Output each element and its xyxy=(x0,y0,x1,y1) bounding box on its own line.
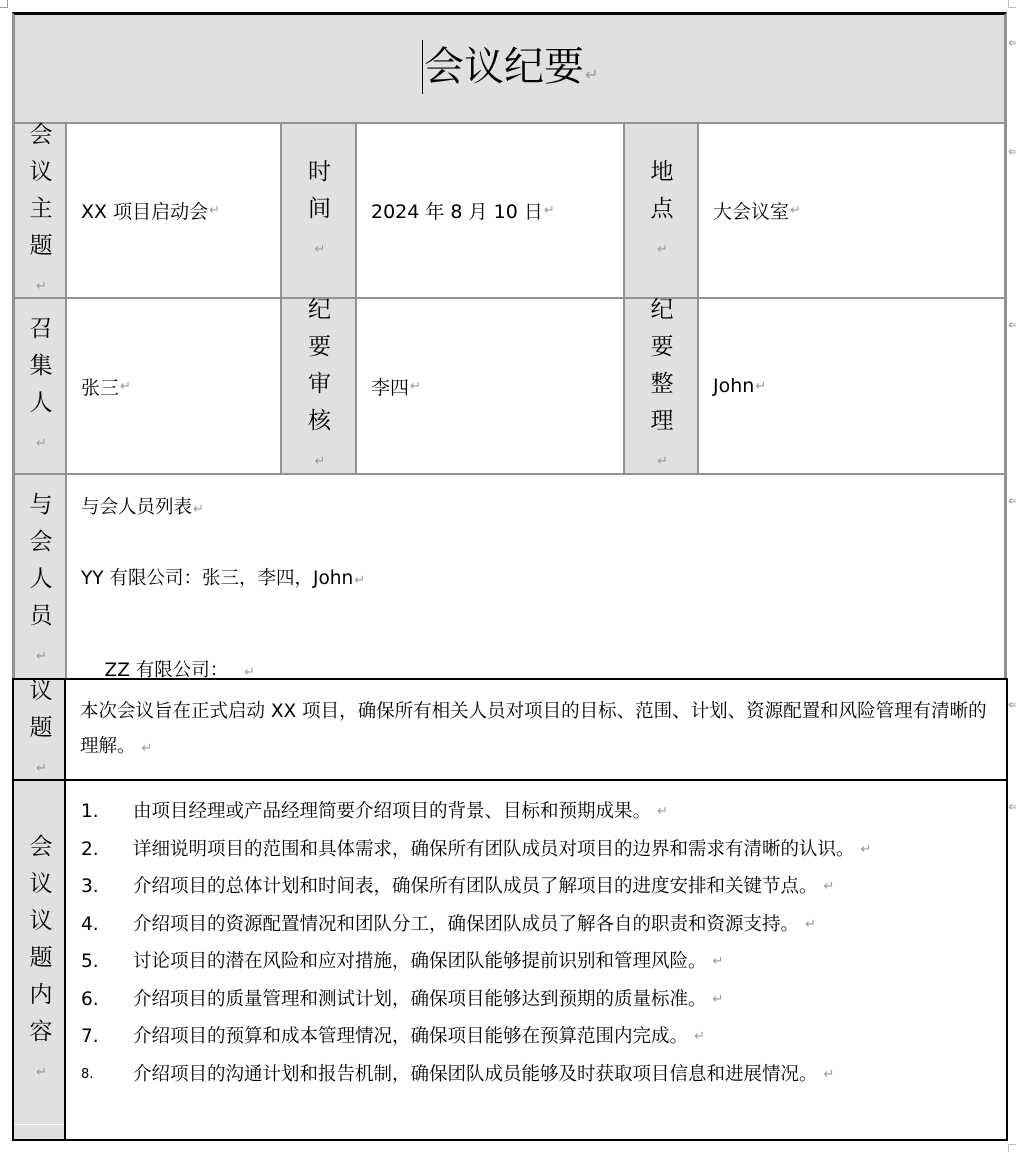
page-title: 会议纪要↵ xyxy=(424,40,598,102)
reviewer-value: 李四 xyxy=(371,373,409,400)
convener-value-cell[interactable]: 张三↵ xyxy=(65,297,282,475)
paragraph-mark-icon: ↵ xyxy=(861,831,872,869)
list-item: 7.介绍项目的预算和成本管理情况，确保项目能够在预算范围内完成。↵ xyxy=(66,1018,871,1056)
paragraph-mark-icon: ↵ xyxy=(544,203,555,218)
paragraph-mark-icon: ↵ xyxy=(142,741,153,756)
row-end-mark-icon: ⇐ xyxy=(1008,36,1016,51)
paragraph-mark-icon: ↵ xyxy=(824,1056,835,1094)
paragraph-mark-icon: ↵ xyxy=(36,1065,47,1080)
topic-label-cell: 会议主题↵ xyxy=(12,122,67,299)
reviewer-label-cell: 纪要审核↵ xyxy=(280,297,357,475)
list-item-number: 4. xyxy=(66,906,133,944)
list-item-number: 8. xyxy=(66,1056,133,1094)
row-end-mark-icon: ⇐ xyxy=(1008,318,1016,333)
paragraph-mark-icon: ↵ xyxy=(36,279,47,294)
recorder-label: 纪要整理 xyxy=(651,297,674,434)
topic-value: XX 项目启动会 xyxy=(81,197,208,224)
attendees-list-heading: 与会人员列表 xyxy=(81,497,192,518)
list-item: 6.介绍项目的质量管理和测试计划，确保项目能够达到预期的质量标准。↵ xyxy=(66,981,871,1019)
attendees-label: 与会人员 xyxy=(30,492,53,629)
attendees-label-cell: 与会人员↵ xyxy=(12,473,67,680)
row-end-mark-icon: ⇐ xyxy=(1008,698,1016,713)
list-item: 8.介绍项目的沟通计划和报告机制，确保团队成员能够及时获取项目信息和进展情况。↵ xyxy=(66,1056,871,1094)
paragraph-mark-icon: ↵ xyxy=(209,203,220,218)
row-end-mark-icon: ⇐ xyxy=(1008,494,1016,509)
place-value-cell[interactable]: 大会议室↵ xyxy=(697,122,1007,299)
row-end-mark-icon: ⇐ xyxy=(1008,800,1016,815)
recorder-value-cell[interactable]: John↵ xyxy=(697,297,1007,475)
list-item: 4.介绍项目的资源配置情况和团队分工，确保团队成员了解各自的职责和资源支持。↵ xyxy=(66,906,871,944)
paragraph-mark-icon: ↵ xyxy=(120,379,131,394)
page-corner-mark xyxy=(1008,1144,1016,1152)
paragraph-mark-icon: ↵ xyxy=(354,573,365,588)
time-value: 2024 年 8 月 10 日 xyxy=(371,197,543,224)
attendees-company-yy: YY 有限公司：张三，李四，John xyxy=(81,568,353,589)
agenda-label-cell: 议题↵ xyxy=(12,678,66,781)
paragraph-mark-icon: ↵ xyxy=(585,65,598,84)
paragraph-mark-icon: ↵ xyxy=(790,203,801,218)
paragraph-mark-icon: ↵ xyxy=(410,379,421,394)
row-end-mark-icon: ⇐ xyxy=(1008,145,1016,160)
page-corner-mark xyxy=(1008,0,1016,8)
paragraph-mark-icon: ↵ xyxy=(805,906,816,944)
title-text: 会议纪要 xyxy=(424,44,584,90)
time-label-cell: 时间↵ xyxy=(280,122,357,299)
content-label-bottom-divider xyxy=(14,1124,64,1125)
list-item-text: 介绍项目的总体计划和时间表，确保所有团队成员了解项目的进度安排和关键节点。 xyxy=(133,868,818,906)
topic-label: 会议主题 xyxy=(30,122,53,259)
agenda-text: 本次会议旨在正式启动 XX 项目，确保所有相关人员对项目的目标、范围、计划、资源… xyxy=(80,701,987,757)
agenda-value-cell[interactable]: 本次会议旨在正式启动 XX 项目，确保所有相关人员对项目的目标、范围、计划、资源… xyxy=(64,678,1008,781)
paragraph-mark-icon: ↵ xyxy=(193,502,204,517)
paragraph-mark-icon: ↵ xyxy=(657,454,668,469)
list-item-text: 讨论项目的潜在风险和应对措施，确保团队能够提前识别和管理风险。 xyxy=(133,943,707,981)
recorder-value: John xyxy=(713,375,754,397)
content-label-cell: 会议议题内容↵ xyxy=(12,779,66,1141)
paragraph-mark-icon: ↵ xyxy=(657,793,668,831)
list-item-number: 3. xyxy=(66,868,133,906)
agenda-label: 议题 xyxy=(30,678,53,741)
list-item: 1.由项目经理或产品经理简要介绍项目的背景、目标和预期成果。↵ xyxy=(66,793,871,831)
paragraph-mark-icon: ↵ xyxy=(36,436,47,451)
list-item-text: 由项目经理或产品经理简要介绍项目的背景、目标和预期成果。 xyxy=(133,793,651,831)
list-item-number: 6. xyxy=(66,981,133,1019)
place-label: 地点 xyxy=(651,159,674,222)
list-item-text: 介绍项目的预算和成本管理情况，确保项目能够在预算范围内完成。 xyxy=(133,1018,688,1056)
recorder-label-cell: 纪要整理↵ xyxy=(623,297,699,475)
list-item-number: 7. xyxy=(66,1018,133,1056)
agenda-items-list: 1.由项目经理或产品经理简要介绍项目的背景、目标和预期成果。↵ 2.详细说明项目… xyxy=(66,793,871,1093)
list-item: 2.详细说明项目的范围和具体需求，确保所有团队成员对项目的边界和需求有清晰的认识… xyxy=(66,831,871,869)
page-corner-mark xyxy=(0,0,8,8)
attendees-value-cell[interactable]: 与会人员列表↵ YY 有限公司：张三，李四，John↵ ZZ 有限公司： ↵ xyxy=(65,473,1007,680)
list-item-number: 1. xyxy=(66,793,133,831)
reviewer-label: 纪要审核 xyxy=(308,297,331,434)
list-item-text: 介绍项目的质量管理和测试计划，确保项目能够达到预期的质量标准。 xyxy=(133,981,707,1019)
paragraph-mark-icon: ↵ xyxy=(36,649,47,664)
list-item: 5.讨论项目的潜在风险和应对措施，确保团队能够提前识别和管理风险。↵ xyxy=(66,943,871,981)
time-label: 时间 xyxy=(308,159,331,222)
list-item-number: 5. xyxy=(66,943,133,981)
convener-label-cell: 召集人↵ xyxy=(12,297,67,475)
topic-value-cell[interactable]: XX 项目启动会↵ xyxy=(65,122,282,299)
list-item-text: 介绍项目的沟通计划和报告机制，确保团队成员能够及时获取项目信息和进展情况。 xyxy=(133,1056,818,1094)
place-label-cell: 地点↵ xyxy=(623,122,699,299)
list-item-text: 介绍项目的资源配置情况和团队分工，确保团队成员了解各自的职责和资源支持。 xyxy=(133,906,799,944)
list-item: 3.介绍项目的总体计划和时间表，确保所有团队成员了解项目的进度安排和关键节点。↵ xyxy=(66,868,871,906)
reviewer-value-cell[interactable]: 李四↵ xyxy=(355,297,625,475)
paragraph-mark-icon: ↵ xyxy=(315,242,326,257)
content-value-cell[interactable]: 1.由项目经理或产品经理简要介绍项目的背景、目标和预期成果。↵ 2.详细说明项目… xyxy=(64,779,1008,1141)
paragraph-mark-icon: ↵ xyxy=(713,943,724,981)
paragraph-mark-icon: ↵ xyxy=(694,1018,705,1056)
list-item-text: 详细说明项目的范围和具体需求，确保所有团队成员对项目的边界和需求有清晰的认识。 xyxy=(133,831,855,869)
place-value: 大会议室 xyxy=(713,197,789,224)
time-value-cell[interactable]: 2024 年 8 月 10 日↵ xyxy=(355,122,625,299)
text-cursor xyxy=(422,40,423,94)
list-item-number: 2. xyxy=(66,831,133,869)
paragraph-mark-icon: ↵ xyxy=(657,242,668,257)
convener-label: 召集人 xyxy=(30,316,53,416)
content-label: 会议议题内容 xyxy=(30,834,53,1045)
paragraph-mark-icon: ↵ xyxy=(755,379,766,394)
paragraph-mark-icon: ↵ xyxy=(36,761,47,776)
paragraph-mark-icon: ↵ xyxy=(713,981,724,1019)
paragraph-mark-icon: ↵ xyxy=(824,868,835,906)
convener-value: 张三 xyxy=(81,373,119,400)
paragraph-mark-icon: ↵ xyxy=(315,454,326,469)
